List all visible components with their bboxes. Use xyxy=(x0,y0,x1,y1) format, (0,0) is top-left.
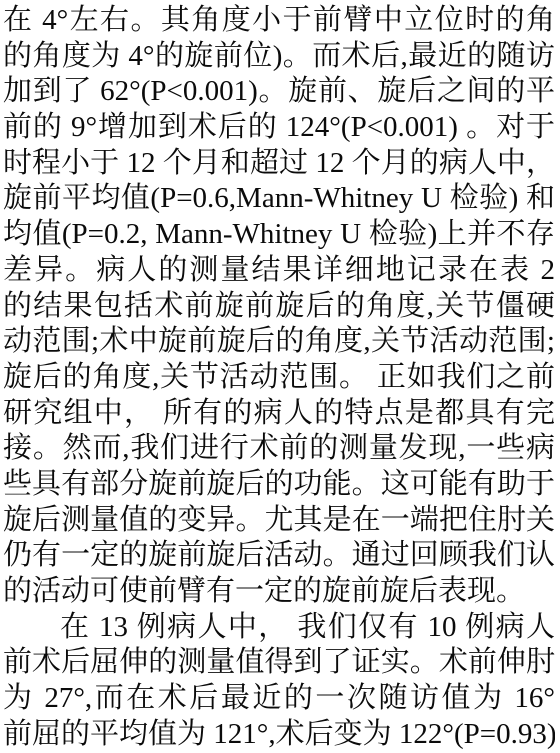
text-line: 前术后屈伸的测量值得到了证实。术前伸肘的平均值 xyxy=(3,645,555,681)
text-line-paragraph-end: 前屈的平均值为 121°,术后变为 122°(P=0.93)。 xyxy=(3,717,555,753)
text-line: 的结果包括术前旋前旋后的角度,关节僵硬的位置,活 xyxy=(3,289,555,325)
text-line: 时程小于 12 个月和超过 12 个月的病人中， 在前臂的 xyxy=(3,146,555,182)
text-line: 为 27°,而在术后最近的一次随访值为 16°(P=0.1)。术 xyxy=(3,681,555,717)
text-line: 研究组中， 所有的病人的特点是都具有完整的骨性连 xyxy=(3,396,555,432)
text-line: 旋后测量值的变异。尤其是在一端把住肘关节,腕关节 xyxy=(3,503,555,539)
text-line: 加到了 62°(P<0.001)。旋前、旋后之间的平均角度从术 xyxy=(3,74,555,110)
text-line: 在 4°左右。其角度小于前臂中立位时的角度(此时前臂 xyxy=(3,3,555,39)
text-line: 接。然而,我们进行术前的测量发现,一些病例中仍有 xyxy=(3,431,555,467)
text-line: 旋前平均值(P=0.6,Mann-Whitney U 检验) 和旋后的平 xyxy=(3,181,555,217)
text-line: 均值(P=0.2, Mann-Whitney U 检验)上并不存在统计学 xyxy=(3,217,555,253)
text-line: 旋后的角度,关节活动范围。 正如我们之前所述,在此 xyxy=(3,360,555,396)
text-line-paragraph-start: 在 13 例病人中， 我们仅有 10 例病人的肘关节术 xyxy=(3,610,555,646)
text-line-paragraph-end: 的活动可使前臂有一定的旋前旋后表现。 xyxy=(3,574,555,610)
text-line: 仍有一定的旋前旋后活动。通过回顾我们认为:腕关节 xyxy=(3,538,555,574)
text-line: 差异。病人的测量结果详细地记录在表 2 中。这些测量 xyxy=(3,253,555,289)
text-line: 前的 9°增加到术后的 124°(P<0.001) 。对于伤后到治疗 xyxy=(3,110,555,146)
text-line: 动范围;术中旋前旋后的角度,关节活动范围;术后旋前 xyxy=(3,324,555,360)
document-page: 在 4°左右。其角度小于前臂中立位时的角度(此时前臂 的角度为 4°的旋前位)。… xyxy=(0,0,560,753)
text-line: 的角度为 4°的旋前位)。而术后,最近的随访结果也增 xyxy=(3,39,555,75)
text-line: 些具有部分旋前旋后的功能。这可能有助于观测旋前 xyxy=(3,467,555,503)
